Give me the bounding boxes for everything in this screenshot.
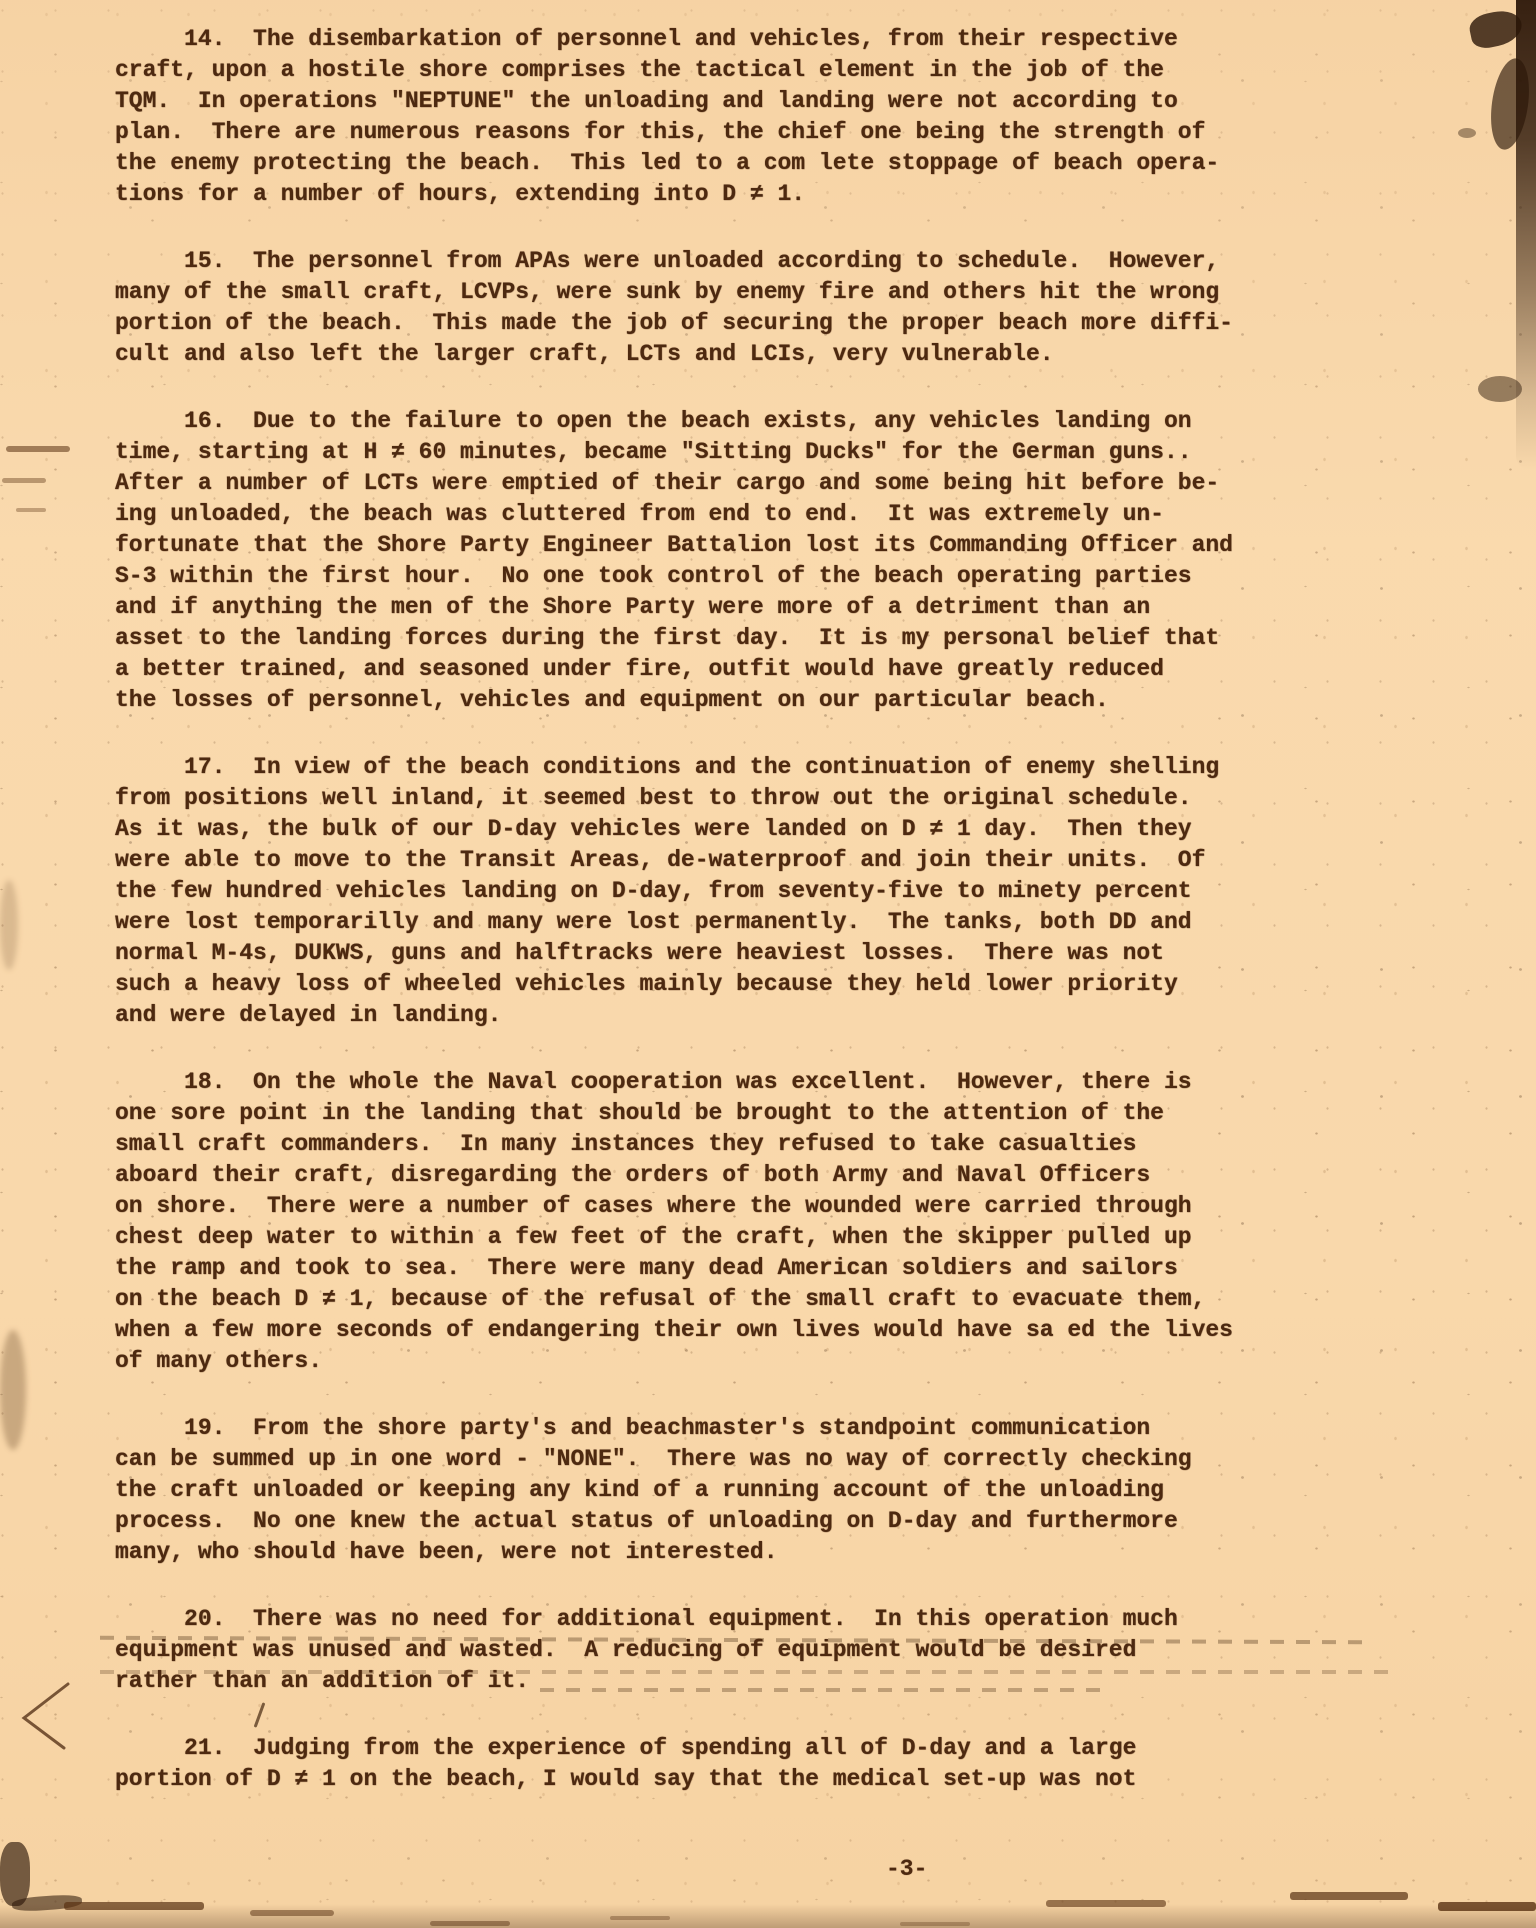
paper-smudge: [0, 1330, 26, 1450]
paragraph-19: 19. From the shore party's and beachmast…: [115, 1413, 1505, 1568]
page-number: -3-: [886, 1856, 927, 1882]
paragraph-21: 21. Judging from the experience of spend…: [115, 1733, 1505, 1795]
margin-dash-mark: [2, 478, 46, 483]
paragraph-18: 18. On the whole the Naval cooperation w…: [115, 1067, 1505, 1377]
paragraph-14: 14. The disembarkation of personnel and …: [115, 24, 1505, 210]
bottom-edge-shading: [0, 1904, 1536, 1928]
margin-dash-mark: [6, 446, 70, 452]
paper-smudge: [0, 880, 18, 970]
paragraph-17: 17. In view of the beach conditions and …: [115, 752, 1505, 1031]
ink-blotch: [0, 1842, 30, 1906]
margin-dash-mark: [16, 508, 46, 512]
paragraph-20: 20. There was no need for additional equ…: [115, 1604, 1505, 1697]
paragraph-16: 16. Due to the failure to open the beach…: [115, 406, 1505, 716]
document-text: 14. The disembarkation of personnel and …: [115, 24, 1505, 1831]
paragraph-15: 15. The personnel from APAs were unloade…: [115, 246, 1505, 370]
document-page: 14. The disembarkation of personnel and …: [0, 0, 1536, 1928]
handwritten-chevron-mark: [14, 1678, 78, 1756]
bottom-edge-mark: [1290, 1892, 1408, 1900]
